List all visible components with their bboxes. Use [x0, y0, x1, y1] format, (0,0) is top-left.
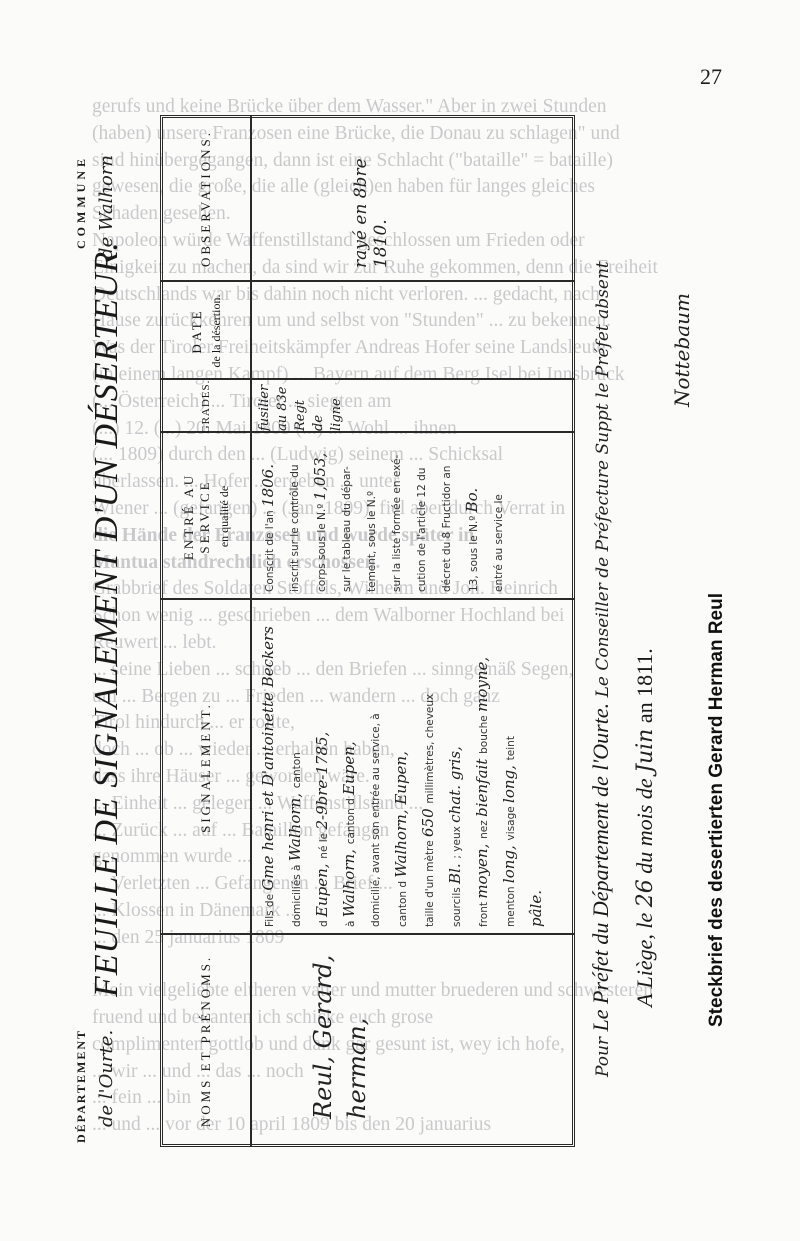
form-line: 13, sous le N.º Bo. — [460, 441, 487, 592]
header-entre: ENTRÉ AU SERVICE en qualité de — [160, 433, 252, 600]
printed-text: domicilié, avant son entrée au service, … — [370, 713, 382, 927]
form-line: inscrit sur le contrôle du — [283, 441, 308, 592]
prefect-printed: Le Préfet du Département de l'Ourte. — [588, 703, 613, 1032]
department-label: DÉPARTEMENT — [74, 1029, 89, 1143]
handwritten-text: long, — [500, 840, 518, 883]
header-grades: GRADES. — [160, 380, 252, 433]
pour-handwritten: Pour — [593, 1037, 613, 1077]
form-line: domiciliés à Walhorn, canton — [283, 608, 310, 927]
handwritten-text: pâle. — [527, 890, 545, 927]
printed-text: à — [345, 917, 357, 927]
commune-value: de Walhorn — [96, 155, 117, 259]
printed-text: sourcils — [451, 884, 463, 927]
printed-text: 13, sous le N.º — [468, 512, 480, 592]
header-observations-label: OBSERVATIONS. — [198, 130, 214, 267]
printed-text: canton d — [345, 795, 357, 844]
form-line: pâle. — [524, 608, 551, 927]
prefect-handwritten: Le Conseiller de Préfecture Suppt le Pré… — [593, 261, 613, 697]
form-line: sur le tableau du dépar- — [335, 441, 360, 592]
printed-text: taille d'un mètre — [424, 837, 436, 927]
printed-text: inscrit sur le contrôle du — [289, 464, 301, 592]
printed-text: décret du 8 Fructidor an — [441, 466, 453, 592]
date-month: Juin — [633, 729, 658, 773]
form-line: Conscrit de l'an 1806. — [256, 441, 283, 592]
form-line: d Eupen, né le 2-9bre-1785, — [310, 608, 337, 927]
printed-text: canton d — [397, 878, 409, 927]
form-line: canton d Walhorn, Eupen, — [389, 608, 416, 927]
printed-text: entré au service le — [493, 494, 505, 592]
handwritten-text: Walhorn, — [286, 788, 304, 861]
handwritten-text: chat. — [446, 780, 464, 823]
form-line: tement, sous le N.º — [360, 441, 385, 592]
printed-text: tement, sous le N.º — [366, 491, 378, 592]
column-signalement: SIGNALEMENT. Fils de Gme henri et D'anto… — [160, 600, 575, 935]
column-date: DATE de la désertion. — [160, 282, 575, 380]
date-month-label: du mois de — [632, 778, 657, 873]
handwritten-text: gris, — [446, 746, 464, 780]
caption: Steckbrief des desertierten Gerard Herma… — [706, 593, 728, 1027]
date-day: 26 — [633, 879, 658, 907]
form-line: front moyen, nez bienfait bouche moyne, — [470, 608, 497, 927]
printed-text: ; yeux — [451, 823, 463, 859]
form-line: menton long, visage long, teint — [497, 608, 524, 927]
deserter-form-rotated: DÉPARTEMENT de l'Ourte. FEUILLE DE SIGNA… — [160, 115, 575, 1147]
printed-text: Conscrit de l'an — [264, 507, 276, 592]
form-line: Fils de Gme henri et D'antoinette Becker… — [256, 608, 283, 927]
form-line: à Walhorn, canton d Eupen, — [337, 608, 364, 927]
handwritten-text: 650 — [419, 804, 437, 837]
header-date-sublabel: de la désertion. — [209, 295, 224, 368]
handwritten-text: Eupen, — [392, 751, 410, 805]
header-observations: OBSERVATIONS. — [160, 115, 252, 282]
form-footer: Pour Le Préfet du Département de l'Ourte… — [582, 115, 742, 1147]
date-year: an 1811. — [632, 648, 657, 723]
form-line: entré au service le — [487, 441, 512, 592]
date-place: A Liège, le — [632, 913, 657, 1007]
printed-text: corps sous le N.º — [316, 500, 328, 592]
header-signalement: SIGNALEMENT. — [160, 600, 252, 935]
form-line: décret du 8 Fructidor an — [435, 441, 460, 592]
signature: Nottebaum — [670, 293, 694, 407]
deserter-form: DÉPARTEMENT de l'Ourte. FEUILLE DE SIGNA… — [160, 115, 575, 1147]
handwritten-text: Eupen, — [313, 859, 331, 917]
form-heading: DÉPARTEMENT de l'Ourte. FEUILLE DE SIGNA… — [68, 115, 148, 1147]
column-entre: ENTRÉ AU SERVICE en qualité de Conscrit … — [160, 433, 575, 600]
form-title: FEUILLE DE SIGNALEMENT D'UN DÉSERTEUR. — [88, 241, 126, 997]
header-signalement-label: SIGNALEMENT. — [198, 702, 214, 833]
printed-text: canton — [291, 752, 303, 788]
header-date: DATE de la désertion. — [160, 282, 252, 380]
handwritten-text: moyen, — [473, 839, 491, 899]
cell-date — [256, 290, 567, 372]
printed-text: menton — [505, 883, 517, 927]
department-value: de l'Ourte. — [96, 1030, 117, 1127]
printed-text: front — [478, 899, 490, 927]
handwritten-text: 1806. — [259, 464, 277, 507]
handwritten-text: bienfait — [473, 754, 491, 817]
handwritten-text: Bl. — [446, 859, 464, 884]
form-line: corps sous le N.º 1,053, — [308, 441, 335, 592]
header-entre-label: ENTRÉ AU SERVICE — [181, 433, 213, 600]
commune-label: COMMUNE — [74, 155, 89, 249]
handwritten-text: Bo. — [463, 488, 481, 513]
name-value: Reul, Gerard, herman, — [306, 943, 374, 1119]
printed-text: nez — [478, 817, 490, 839]
column-noms: NOMS ET PRÉNOMS. Reul, Gerard, herman, — [160, 935, 575, 1147]
cell-grades: fusilier au 83e Regt de ligne — [256, 382, 567, 431]
cell-observations: rayé en 8bre 1810. — [256, 123, 567, 274]
handwritten-text: Walhorn, — [392, 805, 410, 878]
date-line: A Liège, le 26 du mois de Juin an 1811. — [632, 648, 658, 1007]
printed-text: bouche — [478, 712, 490, 754]
printed-text: sur le tableau du dépar- — [341, 466, 353, 592]
printed-text: millimètres, cheveux — [424, 694, 436, 804]
handwritten-text: 2-9bre-1785, — [313, 732, 331, 830]
printed-text: sur la liste formée en exé- — [391, 455, 403, 592]
header-noms-label: NOMS ET PRÉNOMS. — [198, 955, 214, 1127]
header-noms: NOMS ET PRÉNOMS. — [160, 935, 252, 1147]
printed-text: d — [318, 917, 330, 927]
form-line: taille d'un mètre 650 millimètres, cheve… — [416, 608, 443, 927]
handwritten-text: Walhorn, — [340, 844, 358, 917]
header-entre-sublabel: en qualité de — [217, 486, 232, 547]
handwritten-text: 1,053, — [311, 453, 329, 501]
handwritten-text: moyne, — [473, 657, 491, 712]
prefect-line: Pour Le Préfet du Département de l'Ourte… — [588, 261, 614, 1077]
header-date-label: DATE — [189, 308, 205, 353]
printed-text: né le — [318, 830, 330, 859]
column-grades: GRADES. fusilier au 83e Regt de ligne — [160, 380, 575, 433]
column-observations: OBSERVATIONS. rayé en 8bre 1810. — [160, 115, 575, 282]
page-number: 27 — [700, 64, 722, 90]
cell-signalement: Fils de Gme henri et D'antoinette Becker… — [256, 608, 567, 927]
printed-text: Fils de — [264, 891, 276, 927]
printed-text: domiciliés à — [291, 861, 303, 927]
cell-entre: Conscrit de l'an 1806. inscrit sur le co… — [256, 441, 567, 592]
form-line: sur la liste formée en exé- — [385, 441, 410, 592]
form-line: cution de l'article 12 du — [410, 441, 435, 592]
form-line: domicilié, avant son entrée au service, … — [364, 608, 389, 927]
printed-text: visage — [505, 803, 517, 841]
cell-noms: Reul, Gerard, herman, — [256, 943, 567, 1139]
handwritten-text: Eupen, — [340, 741, 358, 795]
form-line: sourcils Bl. ; yeux chat. gris, — [443, 608, 470, 927]
printed-text: cution de l'article 12 du — [416, 468, 428, 592]
printed-text: teint — [505, 736, 517, 760]
header-grades-label: GRADES. — [200, 380, 212, 434]
handwritten-text: Gme henri et D'antoinette Beckers — [259, 626, 277, 890]
handwritten-text: long, — [500, 760, 518, 803]
